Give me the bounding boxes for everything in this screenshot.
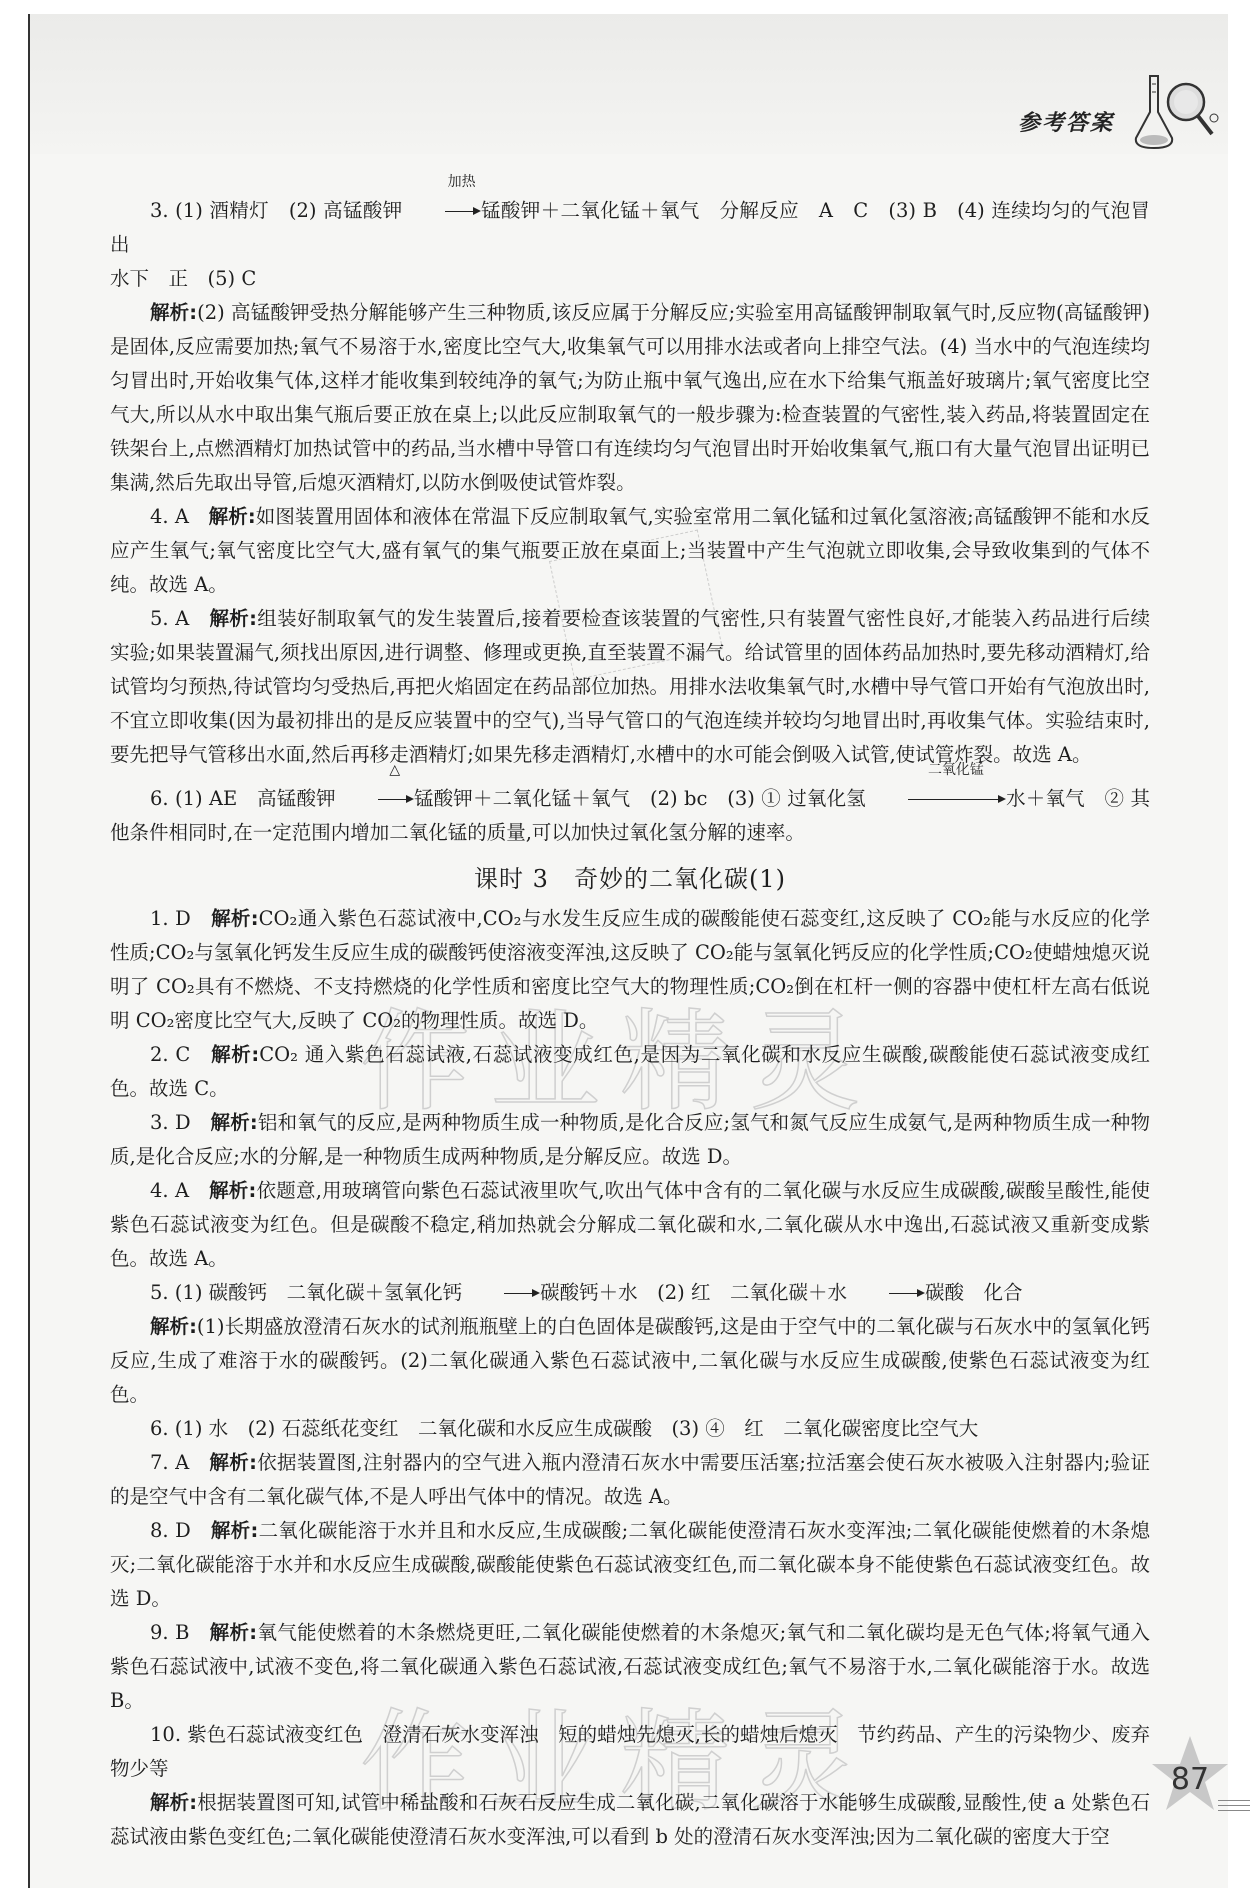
q6-answer: 6. (1) AE 高锰酸钾△锰酸钾＋二氧化锰＋氧气 (2) bc (3) ① … xyxy=(110,782,1150,850)
answer-page: 参考答案 作业精灵 作业精灵 3. (1) 酒精灯 (2) 高锰酸钾加热锰酸钾＋… xyxy=(28,14,1228,1888)
p2-q5-answer: 5. (1) 碳酸钙 二氧化碳＋氢氧化钙碳酸钙＋水 (2) 红 二氧化碳＋水碳酸… xyxy=(110,1276,1150,1310)
header-title: 参考答案 xyxy=(1018,106,1114,137)
p2-q4-analysis: 4. A 解析:依题意,用玻璃管向紫色石蕊试液里吹气,吹出气体中含有的二氧化碳与… xyxy=(110,1174,1150,1276)
answer-content: 3. (1) 酒精灯 (2) 高锰酸钾加热锰酸钾＋二氧化锰＋氧气 分解反应 A … xyxy=(110,194,1150,1854)
reaction-arrow xyxy=(464,1276,538,1310)
reaction-arrow xyxy=(849,1276,923,1310)
p2-q2-analysis: 2. C 解析:CO₂ 通入紫色石蕊试液,石蕊试液变成红色,是因为二氧化碳和水反… xyxy=(110,1038,1150,1106)
page-number: 87 xyxy=(1162,1762,1218,1797)
section-title: 课时 3 奇妙的二氧化碳(1) xyxy=(110,862,1150,896)
p2-q10-answer: 10. 紫色石蕊试液变红色 澄清石灰水变浑浊 短的蜡烛先熄灭,长的蜡烛后熄灭 节… xyxy=(110,1718,1150,1786)
q5-analysis: 5. A 解析:组装好制取氧气的发生装置后,接着要检查该装置的气密性,只有装置气… xyxy=(110,602,1150,772)
p2-q9-analysis: 9. B 解析:氧气能使燃着的木条燃烧更旺,二氧化碳能使燃着的木条熄灭;氧气和二… xyxy=(110,1616,1150,1718)
reaction-arrow: 加热 xyxy=(405,194,479,228)
p2-q1-analysis: 1. D 解析:CO₂通入紫色石蕊试液中,CO₂与水发生反应生成的碳酸能使石蕊变… xyxy=(110,902,1150,1038)
p2-q5-analysis: 解析:(1)长期盛放澄清石灰水的试剂瓶瓶壁上的白色固体是碳酸钙,这是由于空气中的… xyxy=(110,1310,1150,1412)
flask-magnifier-icon xyxy=(1128,72,1228,152)
reaction-arrow: 二氧化锰 xyxy=(868,782,1004,816)
q3-answer-cont: 水下 正 (5) C xyxy=(110,262,1150,296)
page-decor-lines xyxy=(1218,1800,1250,1815)
q3-analysis: 解析:(2) 高锰酸钾受热分解能够产生三种物质,该反应属于分解反应;实验室用高锰… xyxy=(110,296,1150,500)
q3-answer: 3. (1) 酒精灯 (2) 高锰酸钾加热锰酸钾＋二氧化锰＋氧气 分解反应 A … xyxy=(110,194,1150,262)
p2-q6-answer: 6. (1) 水 (2) 石蕊纸花变红 二氧化碳和水反应生成碳酸 (3) ④ 红… xyxy=(110,1412,1150,1446)
q4-analysis: 4. A 解析:如图装置用固体和液体在常温下反应制取氧气,实验室常用二氧化锰和过… xyxy=(110,500,1150,602)
p2-q7-analysis: 7. A 解析:依据装置图,注射器内的空气进入瓶内澄清石灰水中需要压活塞;拉活塞… xyxy=(110,1446,1150,1514)
p2-q8-analysis: 8. D 解析:二氧化碳能溶于水并且和水反应,生成碳酸;二氧化碳能使澄清石灰水变… xyxy=(110,1514,1150,1616)
p2-q10-analysis: 解析:根据装置图可知,试管中稀盐酸和石灰石反应生成二氧化碳,二氧化碳溶于水能够生… xyxy=(110,1786,1150,1854)
p2-q3-analysis: 3. D 解析:铝和氧气的反应,是两种物质生成一种物质,是化合反应;氢气和氮气反… xyxy=(110,1106,1150,1174)
reaction-arrow: △ xyxy=(338,782,412,816)
